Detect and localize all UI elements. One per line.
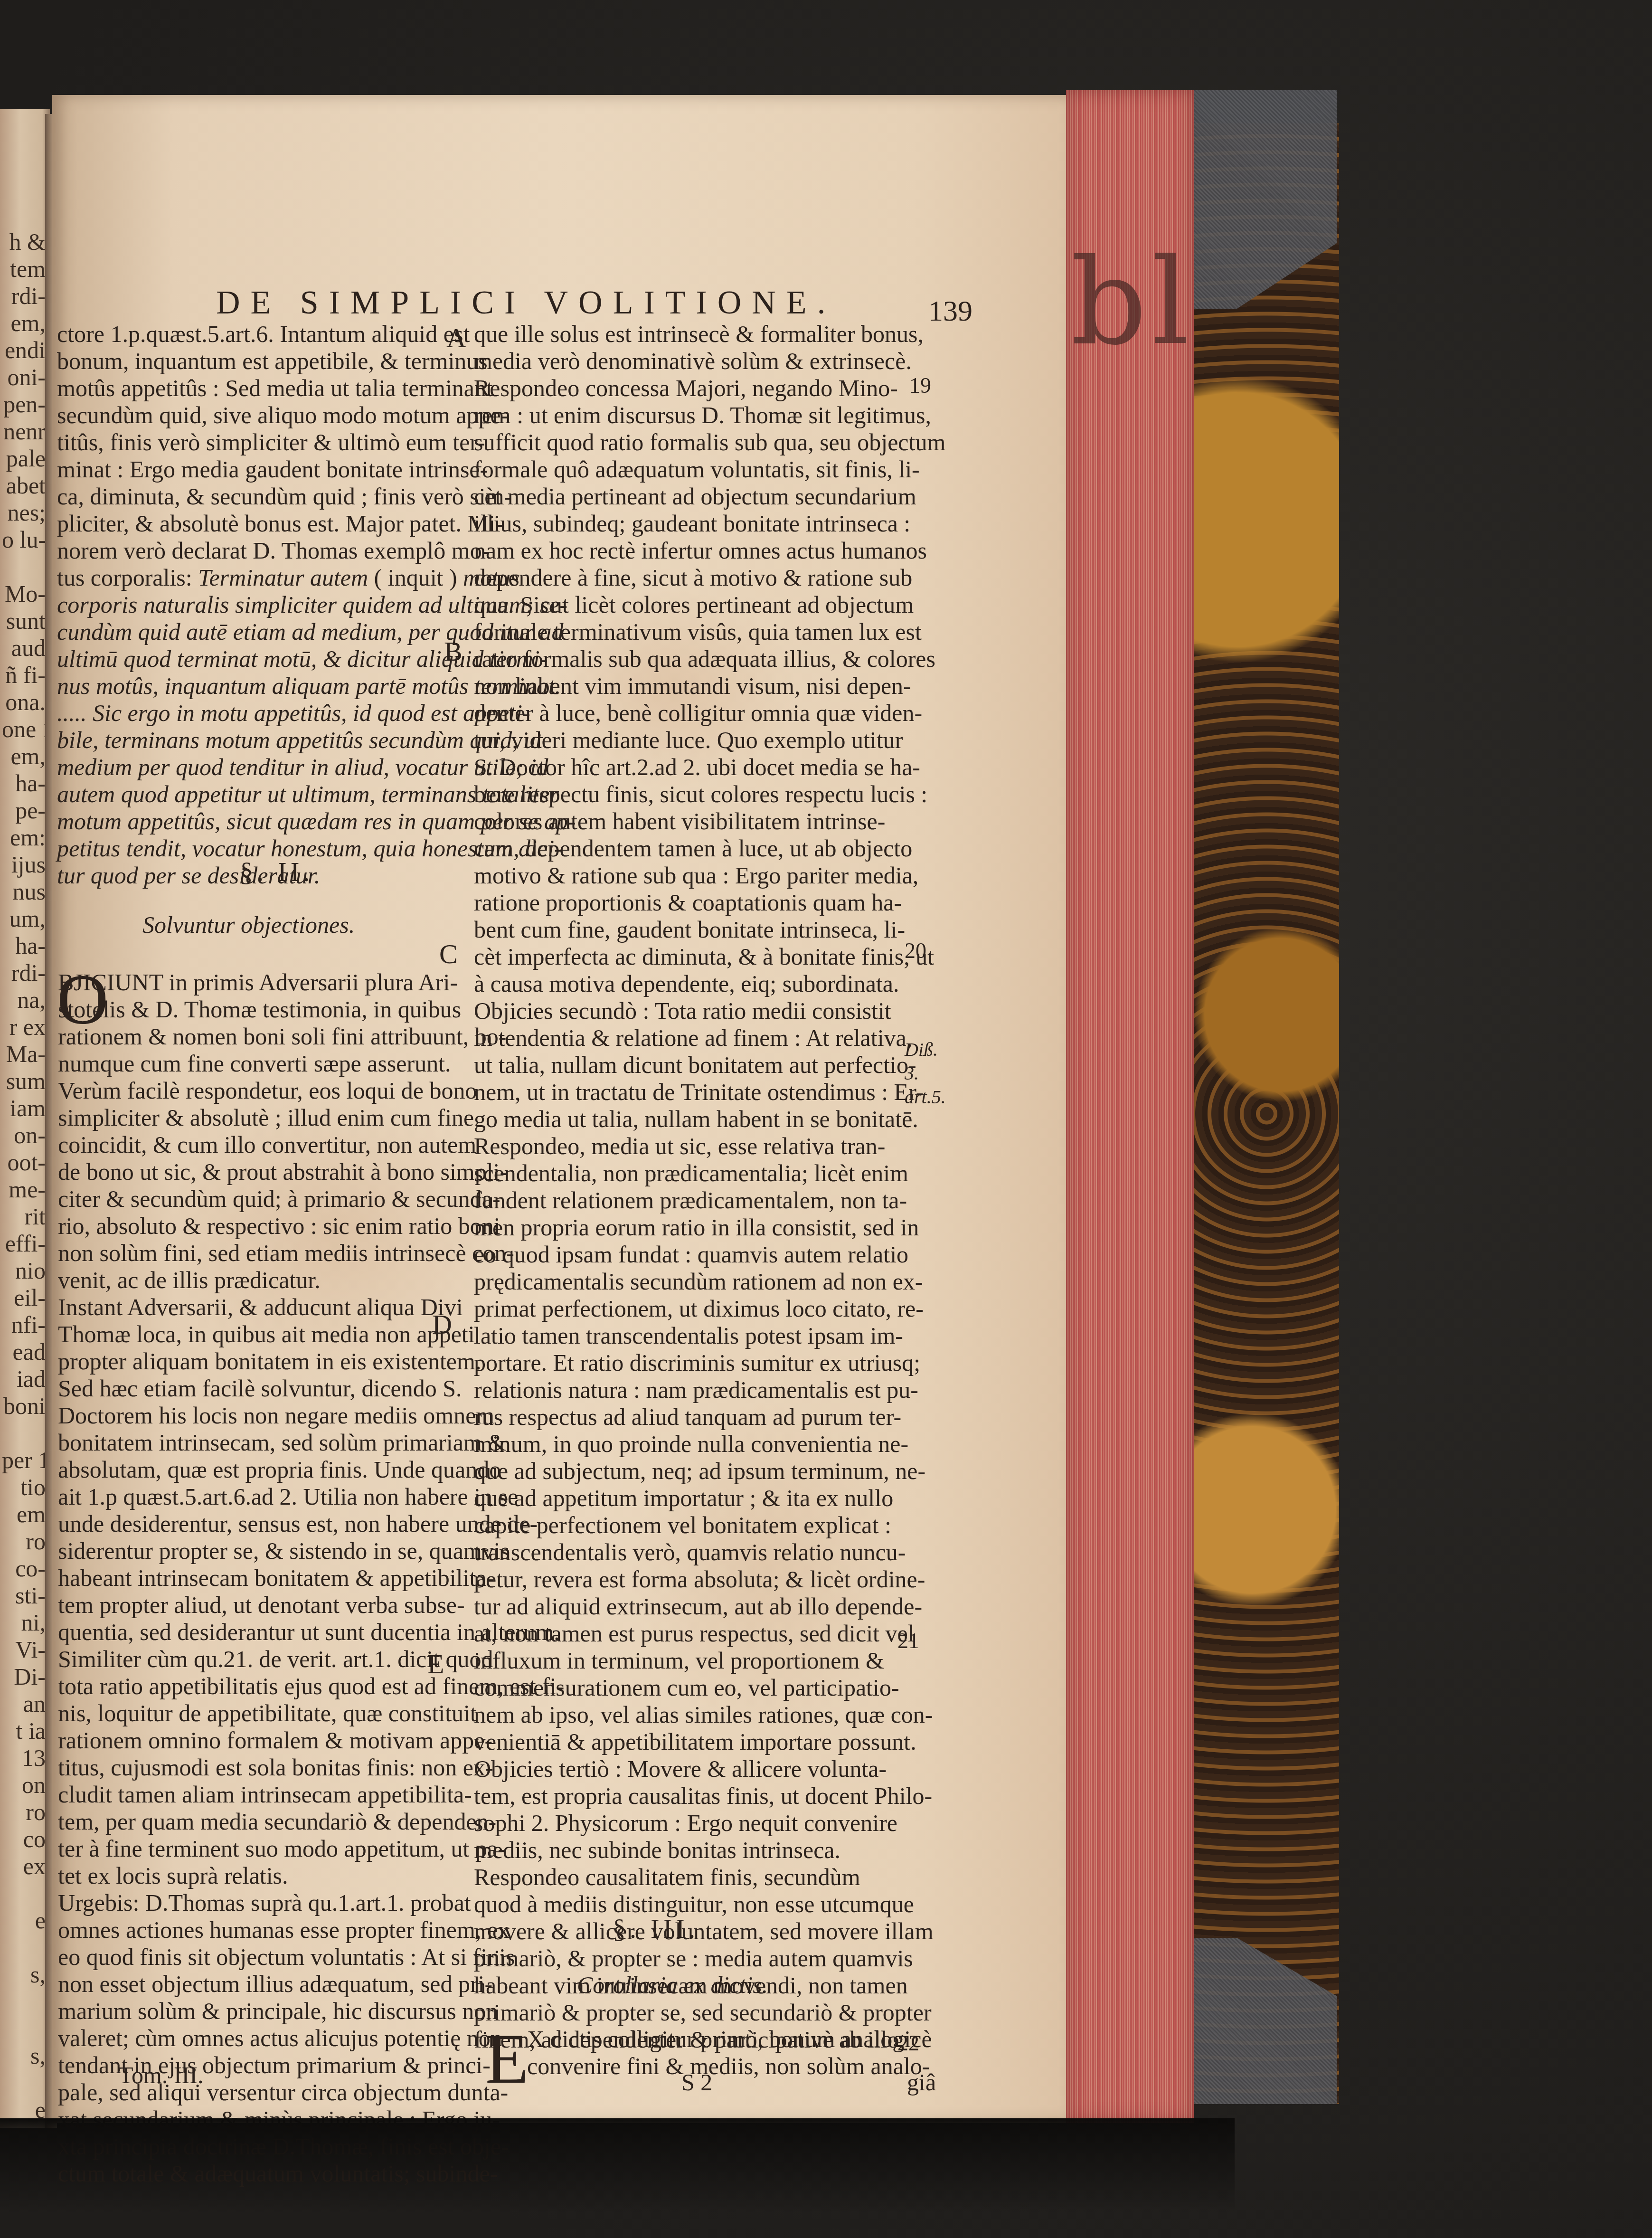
text-line: mediis, nec subinde bonitas intrinseca. [474, 1838, 945, 1865]
left-page-text-fragment: aud [2, 634, 46, 662]
left-page-text-fragment: h & [2, 228, 46, 256]
left-page-text-fragment: sunt [2, 607, 46, 635]
text-line: bent cum fine, gaudent bonitate intrinse… [474, 918, 945, 945]
left-page-text-fragment: per 14 [2, 1446, 46, 1474]
text-line: tem, est propria causalitas finis, ut do… [474, 1784, 945, 1811]
text-line: primat perfectionem, ut diximus loco cit… [474, 1297, 945, 1324]
text-line: relationis natura : nam prædicamentalis … [474, 1378, 945, 1405]
left-page-text-fragment: Mo- [2, 580, 46, 607]
text-line: bere respectu finis, sicut colores respe… [474, 782, 945, 809]
left-page-text-fragment: one 13 [2, 715, 46, 743]
left-page-text-fragment: rdi- [2, 959, 46, 986]
text-line: que ille solus est intrinsecè & formalit… [474, 322, 945, 349]
text-line: media verò denominativè solùm & extrinse… [474, 349, 945, 376]
text-line: S. Doctor hîc art.2.ad 2. ubi docet medi… [474, 755, 945, 782]
left-page-text-fragment: oot- [2, 1148, 46, 1176]
text-line: influxum in terminum, vel proportionem & [474, 1649, 945, 1676]
text-line: commensurationem cum eo, vel participati… [474, 1676, 945, 1703]
left-page-text-fragment: iad [2, 1365, 46, 1393]
left-page-text-fragment: abet [2, 472, 46, 499]
left-page-text-fragment: e [2, 1906, 46, 1934]
left-page-text-fragment: s, [2, 1961, 46, 1988]
text-line: formale terminativum visûs, quia tamen l… [474, 620, 945, 647]
text-line: petur, revera est forma absoluta; & licè… [474, 1567, 945, 1594]
text-line: tur ad aliquid extrinsecum, aut ab illo … [474, 1594, 945, 1622]
text-line: Objicies tertiò : Movere & allicere volu… [474, 1757, 945, 1784]
left-page-text-fragment: on- [2, 1121, 46, 1149]
left-page-text-fragment: r ex [2, 1013, 46, 1041]
left-page-text-fragment: nus [2, 878, 46, 905]
left-page-text-fragment: s, [2, 2042, 46, 2069]
left-page-edge: h &temrdi-em,endioni-pen-nenrpaleabetnes… [0, 109, 50, 2128]
text-line: minum, in quo proinde nulla convenientia… [474, 1432, 945, 1459]
text-line: ratio formalis sub qua adæquata illius, … [474, 647, 945, 674]
margin-number-20: 20 [905, 938, 926, 963]
left-page-text-fragment: pe- [2, 797, 46, 824]
text-line: sufficit quod ratio formalis sub qua, se… [474, 430, 945, 457]
text-line: rus respectus ad aliud tanquam ad purum … [474, 1405, 945, 1432]
margin-letter-d: D [432, 1309, 452, 1340]
left-page-text-fragment: Di- [2, 1663, 46, 1690]
text-line: go media ut talia, nullam habent in se b… [474, 1107, 945, 1134]
margin-number-21: 21 [897, 1628, 919, 1653]
catchword: giâ [907, 2068, 936, 2096]
left-page-text-fragment: boni [2, 1392, 46, 1420]
text-line: movere & allicere voluntatem, sed movere… [474, 1919, 945, 1946]
text-line: denter à luce, benè colligitur omnia quæ… [474, 701, 945, 728]
text-line: capite perfectionem vel bonitatem explic… [474, 1513, 945, 1540]
text-line: Respondeo, media ut sic, esse relativa t… [474, 1134, 945, 1161]
text-line: transcendentalis verò, quamvis relatio n… [474, 1540, 945, 1567]
left-page-text-fragment: ha- [2, 932, 46, 959]
section-heading-iii: §. III. [613, 1914, 699, 1944]
italic-text: Terminatur autem [198, 564, 374, 591]
left-page-text-fragment: 13 [2, 1744, 46, 1772]
text-line: que ad appetitum importatur ; & ita ex n… [474, 1486, 945, 1513]
left-page-text-fragment: Ma- [2, 1040, 46, 1068]
text-line: primariò, & propter se : media autem qua… [474, 1946, 945, 1973]
text-line: at, non tamen est purus respectus, sed d… [474, 1622, 945, 1649]
left-page-text-fragment: o lu- [2, 526, 46, 553]
roman-text: tus corporalis: [57, 564, 198, 591]
margin-letter-c: C [439, 938, 458, 970]
left-page-text-fragment: nfi- [2, 1311, 46, 1338]
text-line: cèt media pertineant ad objectum secunda… [474, 484, 945, 512]
drop-cap-e: E [485, 2023, 529, 2095]
section-subheading-iii: Corollaria ex dictis. [577, 1971, 768, 1999]
left-page-text-fragment: an [2, 1690, 46, 1717]
quire-signature: S 2 [681, 2068, 712, 2096]
text-line: nem, ut in tractatu de Trinitate ostendi… [474, 1080, 945, 1107]
left-page-text-fragment: nes; [2, 499, 46, 526]
margin-cross-reference: Diß. 3. art.5. [905, 1038, 946, 1109]
left-page-text-fragment: oni- [2, 363, 46, 391]
left-page-text-fragment: ni, [2, 1609, 46, 1636]
text-line: nem ab ipso, vel alias similes rationes,… [474, 1703, 945, 1730]
text-line: cam, dependentem tamen à luce, ut ab obj… [474, 836, 945, 863]
margin-letter-e: E [427, 1648, 444, 1680]
text-line: primariò & propter se, sed secundariò & … [474, 2001, 945, 2028]
left-page-text-fragment: ona. [2, 688, 46, 716]
text-line: motivo & ratione sub qua : Ergo pariter … [474, 863, 945, 891]
text-line: prędicamentalis secundùm rationem ad non… [474, 1270, 945, 1297]
text-line: quod à mediis distinguitur, non esse utc… [474, 1892, 945, 1919]
text-line: portare. Et ratio discriminis sumitur ex… [474, 1351, 945, 1378]
roman-text: ( inquit ) [374, 564, 463, 591]
left-page-text-fragment: co [2, 1825, 46, 1853]
text-line: nam ex hoc rectè infertur omnes actus hu… [474, 539, 945, 566]
text-line: X dictis colligitur primò, bonum analogi… [527, 2027, 932, 2054]
text-line: ut talia, nullam dicunt bonitatem aut pe… [474, 1053, 945, 1080]
section-subheading-ii: Solvuntur objectiones. [142, 911, 355, 939]
book-shadow [0, 2118, 1235, 2213]
left-page-text-fragment: iam [2, 1094, 46, 1122]
text-line: scendentalia, non prædicamentalia; licèt… [474, 1161, 945, 1188]
text-line: rem : ut enim discursus D. Thomæ sit leg… [474, 403, 945, 430]
ref-part: 3. [905, 1062, 946, 1085]
text-line: convenire fini & mediis, non solùm analo… [527, 2054, 932, 2081]
marbled-board [1194, 123, 1339, 2104]
left-page-text-fragment: rit [2, 1203, 46, 1230]
left-page-text-fragment: na, [2, 986, 46, 1014]
left-page-text-fragment: pale [2, 445, 46, 472]
right-column: que ille solus est intrinsecè & formalit… [474, 322, 945, 2055]
text-line: men propria eorum ratio in illa consisti… [474, 1215, 945, 1242]
text-line: à causa motiva dependente, eiq; subordin… [474, 972, 945, 999]
left-page-text-fragment: tem [2, 255, 46, 283]
text-line: sophi 2. Physicorum : Ergo nequit conven… [474, 1811, 945, 1838]
text-line: non habent vim immutandi visum, nisi dep… [474, 674, 945, 701]
left-page-text-fragment: ha- [2, 769, 46, 797]
left-page-text-fragment: t ia [2, 1717, 46, 1745]
left-page-text-fragment: effi- [2, 1230, 46, 1257]
text-line: formale quô adæquatum voluntatis, sit fi… [474, 457, 945, 484]
left-page-text-fragment: co- [2, 1555, 46, 1582]
text-line: tur, videri mediante luce. Quo exemplo u… [474, 728, 945, 755]
text-line: illius, subindeq; gaudeant bonitate intr… [474, 512, 945, 539]
text-line: Objicies secundò : Tota ratio medii cons… [474, 999, 945, 1026]
left-page-text-fragment: pen- [2, 390, 46, 418]
left-page-text-fragment: rdi- [2, 282, 46, 310]
left-page-text-fragment: nio [2, 1257, 46, 1284]
page-fore-edge: bli [1066, 90, 1194, 2123]
text-line: Respondeo concessa Majori, negando Mino- [474, 376, 945, 403]
left-page-text-fragment: ex [2, 1852, 46, 1880]
left-page-text-fragment: um, [2, 905, 46, 932]
volume-signature: Tom. III. [119, 2061, 203, 2089]
left-page-text-fragment: em: [2, 824, 46, 851]
left-page-text-fragment: ro [2, 1527, 46, 1555]
left-page-text-fragment: tio [2, 1473, 46, 1501]
text-line: eo quod ipsam fundat : quamvis autem rel… [474, 1242, 945, 1270]
section-heading-ii: §. II. [240, 857, 313, 888]
left-page-text-fragment: em [2, 1500, 46, 1528]
text-line: Respondeo causalitatem finis, secundùm [474, 1865, 945, 1892]
left-page-text-fragment: endi [2, 336, 46, 364]
left-page-text-fragment: nenr [2, 417, 46, 445]
left-page-text-fragment: sti- [2, 1582, 46, 1609]
left-page-text-fragment: eil- [2, 1284, 46, 1311]
text-line: qua. Sicut licèt colores pertineant ad o… [474, 593, 945, 620]
left-page-text-fragment: em, [2, 309, 46, 337]
left-page-text-fragment: ro [2, 1798, 46, 1826]
text-line: fundent relationem prædicamentalem, non … [474, 1188, 945, 1215]
margin-letter-a: A [446, 322, 466, 354]
left-page-text-fragment: on [2, 1771, 46, 1799]
left-page-text-fragment: sum [2, 1067, 46, 1095]
ref-part: Diß. [905, 1038, 946, 1062]
left-page-text-fragment: Vi- [2, 1636, 46, 1663]
left-page-text-fragment: me- [2, 1176, 46, 1203]
text-line: venientiā & appetibilitatem importare po… [474, 1730, 945, 1757]
text-line: dependere à fine, sicut à motivo & ratio… [474, 566, 945, 593]
text-line: colores autem habent visibilitatem intri… [474, 809, 945, 836]
left-page-text-fragment: ijus [2, 851, 46, 878]
ref-part: art.5. [905, 1085, 946, 1109]
text-line: in tendentia & relatione ad finem : At r… [474, 1026, 945, 1053]
left-page-text-fragment: em, [2, 742, 46, 770]
text-line: latio tamen transcendentalis potest ipsa… [474, 1324, 945, 1351]
right-column-closing: X dictis colligitur primò, bonum analogi… [527, 2027, 932, 2081]
margin-number-19: 19 [909, 373, 931, 398]
text-line: ratione proportionis & coaptationis quam… [474, 891, 945, 918]
margin-letter-b: B [444, 635, 463, 667]
margin-number-22: 22 [897, 2030, 919, 2056]
left-page-text-fragment: ead [2, 1338, 46, 1366]
text-line: que ad subjectum, neq; ad ipsum terminum… [474, 1459, 945, 1486]
running-head: DE SIMPLICI VOLITIONE. [216, 284, 836, 322]
left-page-text-fragment: ñ fi- [2, 661, 46, 689]
book-page: DE SIMPLICI VOLITIONE. 139 ctore 1.p.quæ… [52, 95, 1066, 2123]
text-line: cèt imperfecta ac diminuta, & à bonitate… [474, 945, 945, 972]
